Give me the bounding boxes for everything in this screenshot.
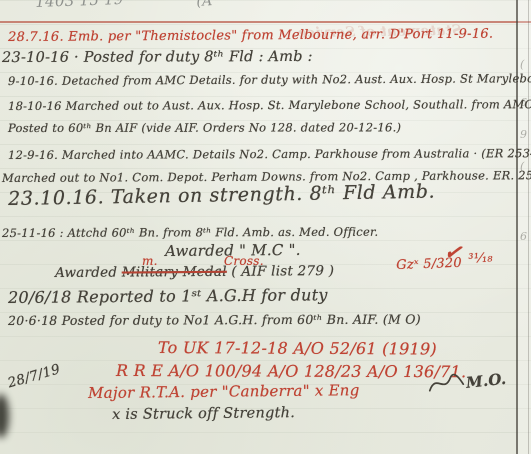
pencil-note-left: 1403 15 19: [35, 0, 124, 11]
awarded-suffix: ( AIF list 279 ): [227, 263, 335, 280]
entry-orders-references: R R E A/O 100/94 A/O 128/23 A/O 136/71.: [116, 361, 466, 381]
top-red-rule: [0, 21, 531, 23]
margin-fragment: (: [520, 160, 524, 173]
gazette-fraction: ³¹⁄₁₈: [468, 250, 493, 267]
margin-fragment: 6: [520, 96, 527, 109]
margin-fragment: 6: [520, 230, 527, 243]
entry-awarded-military-medal: Awarded Military Medal ( AIF list 279 ): [55, 263, 334, 281]
entry-posted-60th-bn: Posted to 60ᵗʰ Bn AIF (vide AIF. Orders …: [8, 120, 401, 135]
right-edge-rule: [528, 0, 529, 454]
signature-initials: M.O.: [465, 370, 507, 392]
struck-military-medal: Military Medal: [122, 264, 227, 281]
right-column-rule: [516, 0, 518, 454]
page-edge-shadow: [0, 394, 9, 438]
entry-marched-into-aamc: 12-9-16. Marched into AAMC. Details No2.…: [8, 146, 531, 162]
entry-posted-8th-fld-amb: 23-10-16 · Posted for duty 8ᵗʰ Fld : Amb…: [2, 49, 313, 66]
margin-fragment: 9: [520, 128, 527, 141]
signature-flourish-icon: [426, 370, 466, 396]
entry-struck-off-strength: x is Struck off Strength.: [112, 405, 295, 423]
entry-rta-canberra: Major R.T.A. per "Canberra" x Eng: [88, 381, 360, 402]
entry-taken-on-strength: 23.10.16. Taken on strength. 8ᵗʰ Fld Amb…: [8, 181, 435, 210]
margin-fragment: (: [520, 58, 524, 71]
entry-attached-60th-bn: 25-11-16 : Attchd 60ᵗʰ Bn. from 8ᵗʰ Fld.…: [2, 225, 378, 240]
entry-marched-out-perham-downs: Marched out to No1. Com. Depot. Perham D…: [2, 168, 531, 185]
entry-detached-amc: 9-10-16. Detached from AMC Details. for …: [8, 71, 531, 88]
service-record-page: Statement of Service 1403 15 19 (A 28.7.…: [0, 0, 531, 454]
entry-to-uk: To UK 17-12-18 A/O 52/61 (1919): [158, 338, 437, 358]
entry-reported-agh: 20/6/18 Reported to 1ˢᵗ A.G.H for duty: [8, 285, 328, 307]
entry-rta-date: 28/7/19: [6, 361, 62, 391]
entry-posted-no1-agh: 20·6·18 Posted for duty to No1 A.G.H. fr…: [8, 312, 421, 328]
awarded-prefix: Awarded: [55, 265, 122, 281]
gazette-reference: Gzˣ 5/320: [396, 256, 462, 273]
entry-marched-out-aux-hosp: 18-10-16 Marched out to Aust. Aux. Hosp.…: [8, 97, 531, 113]
pencil-note-right: (A: [196, 0, 213, 10]
entry-embarked: 28.7.16. Emb. per "Themistocles" from Me…: [8, 27, 493, 45]
